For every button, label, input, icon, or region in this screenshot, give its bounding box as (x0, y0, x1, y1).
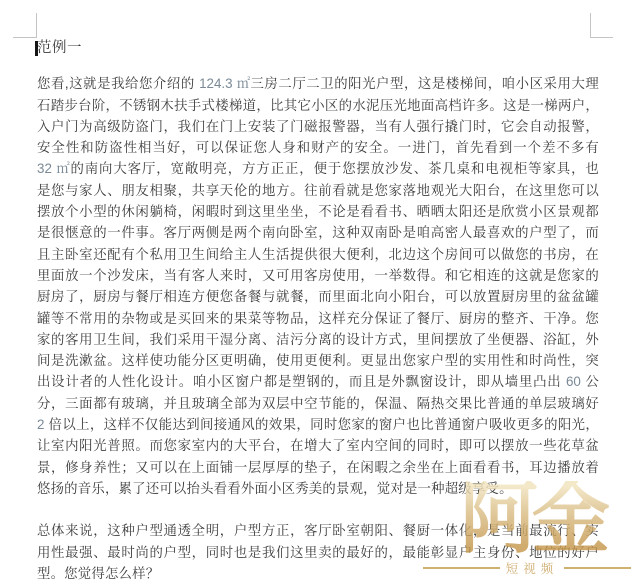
page-margin-mark-top-left-horizontal (13, 37, 37, 38)
text-line[interactable]: 让室内阳光普照。而您家室内的大平台，在增大了室内空间的同时，即可以摆放一些花草盆 (37, 435, 599, 456)
text-line[interactable]: 出设计者的人性化设计。咱小区窗户都是塑钢的，而且是外飘窗设计，即从墙里凸出 60… (37, 371, 599, 392)
text-line[interactable]: 间是洗漱盆。这样使功能分区更明确，使用更便利。更显出您家户型的实用性和时尚性，突 (37, 350, 599, 371)
document-page: 范例一 您看,这就是我给您介绍的 124.3 ㎡三房二厅二卫的阳光户型，这是楼梯… (0, 0, 631, 583)
text-line[interactable]: 摆放个小型的休闲躺椅，闲暇时到这里坐坐，不论是看看书、晒晒太阳还是欣赏小区景观都 (37, 201, 599, 222)
measurement-value: 124.3 ㎡ (199, 76, 250, 91)
text-line[interactable]: 型。您觉得怎么样？ (37, 563, 599, 583)
paragraph-body[interactable]: 您看,这就是我给您介绍的 124.3 ㎡三房二厅二卫的阳光户型，这是楼梯间，咱小… (37, 73, 599, 499)
text-line[interactable]: 2 倍以上，这样不仅能达到间接通风的效果，同时您家的窗户也比普通窗户吸收更多的阳… (37, 414, 599, 435)
text-line[interactable]: 石踏步台阶，不锈钢木扶手式楼梯道，比其它小区的水泥压光地面高档许多。这是一梯两户… (37, 95, 599, 116)
text-line[interactable]: 安全性和防盗性相当好，可以保证您人身和财产的安全。一进门，首先看到一个差不多有 (37, 137, 599, 158)
text-line[interactable]: 入户门为高级防盗门，我们在门上安装了门磁报警器，当有人强行撬门时，它会自动报警， (37, 116, 599, 137)
paragraph-summary[interactable]: 总体来说，这种户型通透全明，户型方正，客厅卧室朝阳、餐厨一体化，是当前最流行、实… (37, 520, 599, 583)
text-line[interactable]: 景，修身养性；又可以在上面铺一层厚厚的垫子，在闲暇之余坐在上面看看书，耳边播放着 (37, 457, 599, 478)
measurement-value: 32 ㎡ (37, 161, 70, 176)
text-line[interactable]: 32 ㎡的南向大客厅，宽敞明亮，方方正正，便于您摆放沙发、茶几桌和电视柜等家具，… (37, 158, 599, 179)
text-line[interactable]: 总体来说，这种户型通透全明，户型方正，客厅卧室朝阳、餐厨一体化，是当前最流行、实 (37, 520, 599, 541)
text-line[interactable]: 悠扬的音乐，累了还可以抬头看看外面小区秀美的景观，觉对是一种超级享受。 (37, 478, 599, 499)
document-title[interactable]: 范例一 (37, 38, 599, 59)
document-text-area[interactable]: 范例一 您看,这就是我给您介绍的 124.3 ㎡三房二厅二卫的阳光户型，这是楼梯… (37, 38, 599, 583)
text-line[interactable]: 是您与家人、朋友相聚，共享天伦的地方。往前看就是您家落地观光大阳台，在这里您可以 (37, 180, 599, 201)
text-line[interactable]: 分，三面都有玻璃，并且玻璃全部为双层中空节能的，保温、隔热交果比普通的单层玻璃好 (37, 393, 599, 414)
measurement-value: 2 (37, 417, 44, 432)
text-line[interactable]: 家的客用卫生间，我们采用干湿分离、洁污分离的设计方式，里间摆放了坐便器、浴缸，外 (37, 329, 599, 350)
text-line[interactable]: 里面放一个沙发床，当有客人来时，又可用客房使用，一举数得。和它相连的这就是您家的 (37, 265, 599, 286)
text-line[interactable]: 是很惬意的一件事。客厅两侧是两个南向卧室，这种双南卧是咱高密人最喜欢的户型了，而 (37, 222, 599, 243)
text-line[interactable]: 用性最强、最时尚的户型，同时也是我们这里卖的最好的，最能彰显户主身份、地位的好户 (37, 542, 599, 563)
measurement-value: 60 (566, 374, 581, 389)
page-margin-mark-top-right-vertical (590, 13, 591, 38)
text-line[interactable]: 厨房了，厨房与餐厅相连方便您备餐与就餐，而里面北向小阳台，可以放置厨房里的盆盆罐 (37, 286, 599, 307)
page-margin-mark-top-left-vertical (36, 13, 37, 38)
text-line[interactable]: 罐等不常用的杂物或是买回来的果菜等物品，这样充分保证了餐厅、厨房的整齐、干净。您 (37, 308, 599, 329)
word-document-window: { "document": { "title": "范例一", "paragra… (0, 0, 631, 583)
text-line[interactable]: 您看,这就是我给您介绍的 124.3 ㎡三房二厅二卫的阳光户型，这是楼梯间，咱小… (37, 73, 599, 94)
text-line[interactable]: 且主卧室还配有个私用卫生间给主人生活提供很大便利，北边这个房间可以做您的书房，在 (37, 244, 599, 265)
